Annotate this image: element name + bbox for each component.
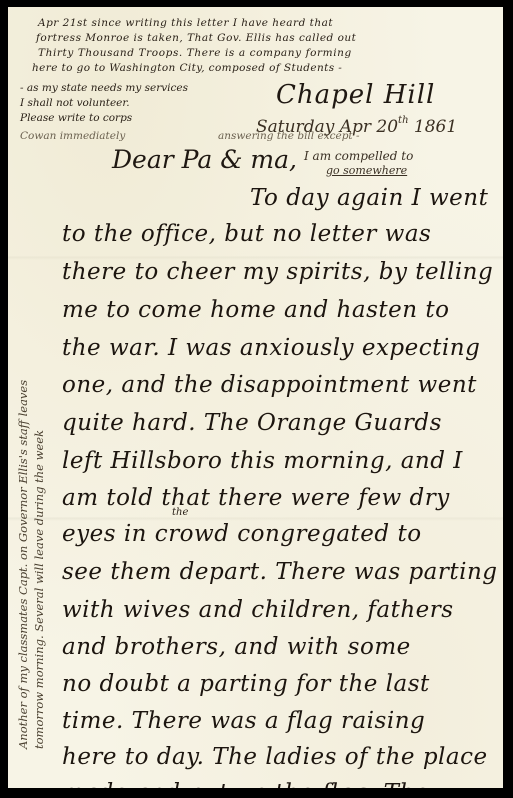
postscript-line-2: fortress Monroe is taken, That Gov. Elli… [36, 31, 356, 46]
body-line-7: quite hard. The Orange Guards [62, 410, 442, 436]
salutation-note: I am compelled to [304, 149, 413, 163]
body-line-3: there to cheer my spirits, by telling [62, 259, 493, 285]
body-line-6: one, and the disappointment went [62, 372, 477, 398]
body-line-15: time. There was a flag raising [62, 708, 425, 734]
salutation: Dear Pa & ma, [112, 145, 297, 174]
margin-note-line-2: tomorrow morning. Several will leave dur… [32, 430, 46, 749]
postscript-line-7: Please write to corps [20, 111, 132, 126]
body-line-1: To day again I went [250, 185, 488, 211]
body-line-14: no doubt a parting for the last [62, 671, 430, 697]
postscript-line-5: - as my state needs my services [20, 81, 188, 96]
letter-place: Chapel Hill [276, 80, 435, 110]
body-line-10: eyes in crowd congregated to [62, 521, 422, 547]
postscript-line-3: Thirty Thousand Troops. There is a compa… [38, 46, 352, 61]
body-line-13: and brothers, and with some [62, 634, 411, 660]
salutation-note-underline: go somewhere [326, 164, 407, 177]
postscript-line-6: I shall not volunteer. [20, 96, 130, 111]
postscript-line-8: Cowan immediately [20, 129, 125, 144]
letter-date: Saturday Apr 20th 1861 [256, 117, 457, 137]
body-line-5: the war. I was anxiously expecting [62, 335, 480, 361]
letter-date-year: 1861 [414, 117, 457, 137]
body-line-11: see them depart. There was parting [62, 559, 498, 585]
body-line-4: me to come home and hasten to [62, 297, 449, 323]
body-line-16: here to day. The ladies of the place [62, 744, 488, 770]
letter-page: Apr 21st since writing this letter I hav… [8, 7, 503, 788]
letter-date-superscript: th [398, 115, 408, 126]
body-line-2: to the office, but no letter was [62, 221, 431, 247]
body-line-17: made and put up the flag. The [62, 780, 429, 788]
letter-date-prefix: Saturday Apr 20 [256, 117, 398, 137]
body-line-9: am told that there were few dry [62, 485, 450, 511]
postscript-line-4: here to go to Washington City, composed … [32, 61, 342, 76]
postscript-line-1: Apr 21st since writing this letter I hav… [38, 16, 333, 31]
margin-note-line-1: Another of my classmates Capt. on Govern… [16, 380, 30, 749]
body-line-12: with wives and children, fathers [62, 597, 454, 623]
body-line-8: left Hillsboro this morning, and I [62, 448, 463, 474]
body-insert: the [172, 507, 188, 518]
